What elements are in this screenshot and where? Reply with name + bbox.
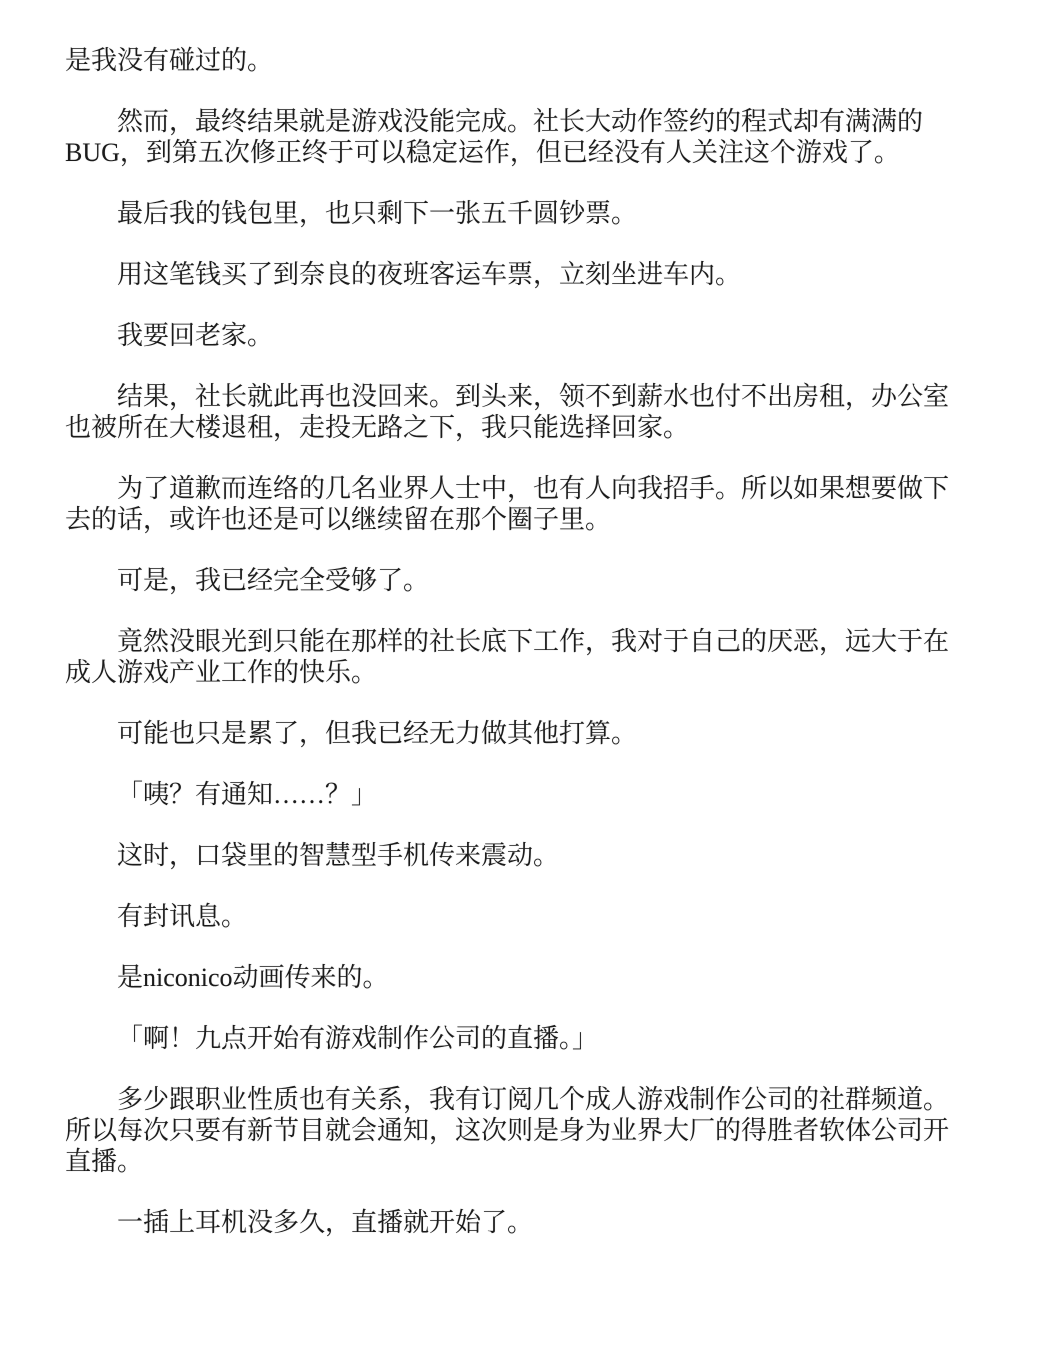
paragraph: 可是，我已经完全受够了。 <box>65 565 955 596</box>
paragraph-quote: 「啊！九点开始有游戏制作公司的直播。」 <box>65 1023 955 1054</box>
paragraph: 我要回老家。 <box>65 320 955 351</box>
paragraph-quote: 「咦？有通知……？」 <box>65 779 955 810</box>
paragraph: 是niconico动画传来的。 <box>65 962 955 993</box>
paragraph: 可能也只是累了，但我已经无力做其他打算。 <box>65 718 955 749</box>
paragraph: 用这笔钱买了到奈良的夜班客运车票，立刻坐进车内。 <box>65 259 955 290</box>
novel-page: 是我没有碰过的。 然而，最终结果就是游戏没能完成。社长大动作签约的程式却有满满的… <box>0 0 1046 1354</box>
paragraph: 结果，社长就此再也没回来。到头来，领不到薪水也付不出房租，办公室也被所在大楼退租… <box>65 381 955 443</box>
paragraph: 然而，最终结果就是游戏没能完成。社长大动作签约的程式却有满满的BUG，到第五次修… <box>65 106 955 168</box>
paragraph: 是我没有碰过的。 <box>65 45 955 76</box>
paragraph: 多少跟职业性质也有关系，我有订阅几个成人游戏制作公司的社群频道。所以每次只要有新… <box>65 1084 955 1177</box>
paragraph: 竟然没眼光到只能在那样的社长底下工作，我对于自己的厌恶，远大于在成人游戏产业工作… <box>65 626 955 688</box>
paragraph: 有封讯息。 <box>65 901 955 932</box>
paragraph: 为了道歉而连络的几名业界人士中，也有人向我招手。所以如果想要做下去的话，或许也还… <box>65 473 955 535</box>
paragraph: 最后我的钱包里，也只剩下一张五千圆钞票。 <box>65 198 955 229</box>
paragraph: 一插上耳机没多久，直播就开始了。 <box>65 1207 955 1238</box>
paragraph: 这时，口袋里的智慧型手机传来震动。 <box>65 840 955 871</box>
